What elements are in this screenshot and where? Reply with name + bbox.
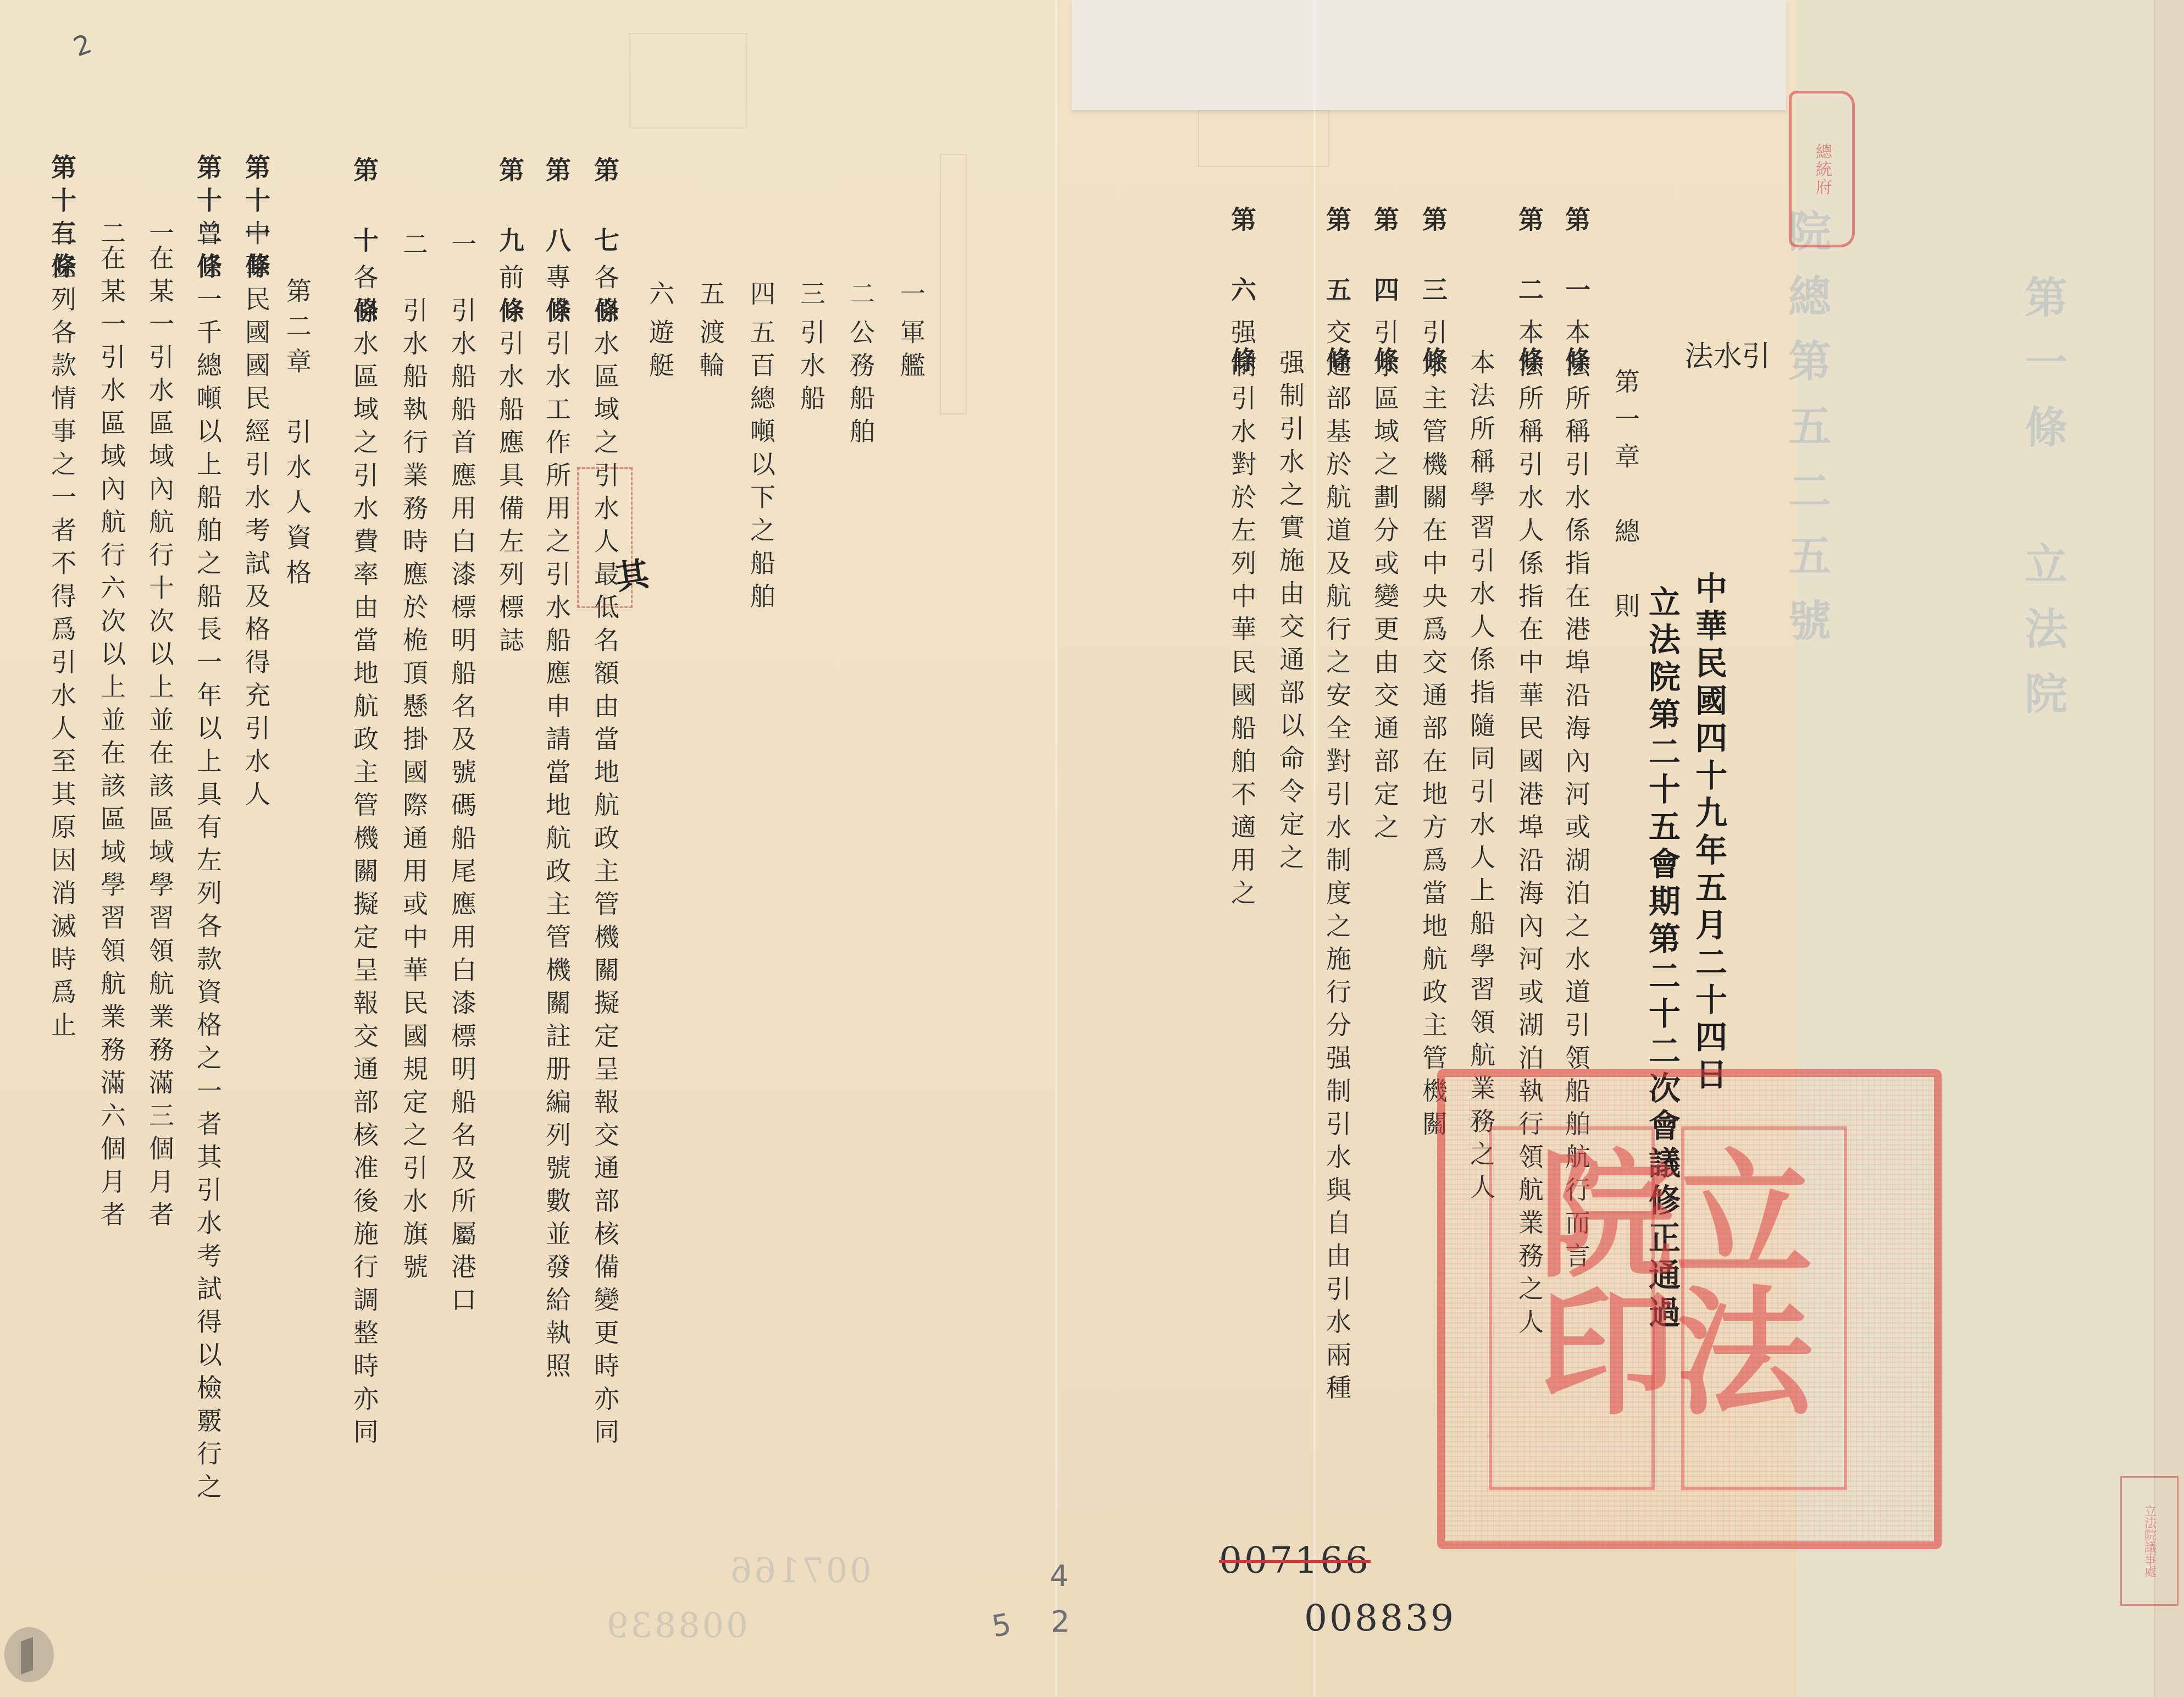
article-text: 引水主管機關在中央爲交通部在地方爲當地航政主管機關 (1421, 319, 1446, 1143)
list-item-text: 引水船執行業務時應於桅頂懸掛國際通用或中華民國規定之引水旗號 (401, 297, 426, 1286)
list-item-text: 軍艦 (899, 319, 924, 385)
article-text: 交通部基於航道及航行之安全對引水制度之施行分强制引水與自由引水兩種 (1324, 319, 1350, 1407)
handwritten-insert: 其 (612, 548, 651, 599)
enactment-date: 中華民國四十九年五月二十四日 (1693, 572, 1725, 1095)
list-item-text: 渡輪 (698, 319, 723, 385)
ghost-serial: 007166 (728, 1550, 872, 1590)
corner-stamp: 立法院議事處 (2120, 1476, 2179, 1606)
receipt-stamp: 總統府 (1789, 91, 1855, 247)
list-item-text: 在某一引水區域內航行六次以上並在該區域學習領航業務滿六個月者 (99, 245, 124, 1234)
list-item-text: 五百總噸以下之船舶 (749, 319, 774, 616)
ghost-box (629, 33, 747, 129)
list-item-number: 一 (450, 231, 475, 264)
list-item-number: 二 (401, 231, 426, 264)
pencil-page-number: 4 (1050, 1558, 1068, 1593)
faded-header: 第一條 立法院 (2011, 275, 2073, 736)
official-seal: 立法院印 (1437, 1069, 1942, 1549)
article-text: 强制引水對於左列中華民國船舶不適用之 (1229, 319, 1255, 913)
list-item-number: 五 (698, 280, 723, 313)
crease (1313, 0, 1316, 1697)
tissue-overlay (1072, 0, 1786, 111)
list-item-number: 四 (749, 280, 774, 313)
list-item-text: 引水船 (799, 319, 824, 418)
article-text: 各引水區域之引水費率由當地航政主管機關擬定呈報交通部核准後施行調整時亦同 (352, 264, 377, 1451)
article-text: 强制引水之實施由交通部以命令定之 (1278, 349, 1303, 877)
list-item-number: 二 (848, 280, 873, 313)
article-text: 有左列各款情事之一者不得爲引水人至其原因消滅時爲止 (49, 220, 75, 1044)
serial-number-struck: 007166 (1219, 1539, 1371, 1582)
ghost-box (940, 154, 967, 414)
chapter-heading: 第一章 總 則 (1613, 368, 1638, 630)
article-text: 引水區域之劃分或變更由交通部定之 (1372, 319, 1398, 847)
list-item-text: 在某一引水區域內航行十次以上並在該區域學習領航業務滿三個月者 (147, 245, 173, 1234)
serial-number: 008839 (1304, 1597, 1456, 1639)
list-item-text: 公務船舶 (848, 319, 873, 451)
pencil-page-number: 2 (1051, 1604, 1069, 1639)
article-text: 前條引水船應具備左列標誌 (497, 264, 523, 660)
faded-header: 院總第五二五號 (1775, 209, 1837, 663)
article-text: 專供引水工作所用之引水船應申請當地航政主管機關註册編列號數並發給執照 (544, 264, 569, 1385)
list-item-number: 六 (647, 280, 673, 313)
page-fold (1055, 0, 1057, 1697)
list-item-number: 三 (799, 280, 824, 313)
article-text: 曾任一千總噸以上船舶之船長一年以上具有左列各款資格之一者其引水考試得以檢覈行之 (195, 220, 220, 1506)
article-text: 中華民國國民經引水考試及格得充引水人 (243, 220, 269, 814)
list-item-text: 遊艇 (647, 319, 673, 385)
archive-logo-icon (4, 1627, 54, 1682)
chapter-heading: 第二章 引水人資格 (285, 278, 310, 594)
list-item-number: 一 (899, 280, 924, 313)
list-item-text: 引水船船首應用白漆標明船名及號碼船尾應用白漆標明船名及所屬港口 (450, 297, 475, 1319)
ghost-serial: 008839 (605, 1605, 748, 1645)
ghost-box (1198, 110, 1329, 167)
article-text: 各引水區域之引水人最低名額由當地航政主管機關擬定呈報交通部核備變更時亦同 (592, 264, 618, 1451)
page-edge (2154, 0, 2184, 1697)
